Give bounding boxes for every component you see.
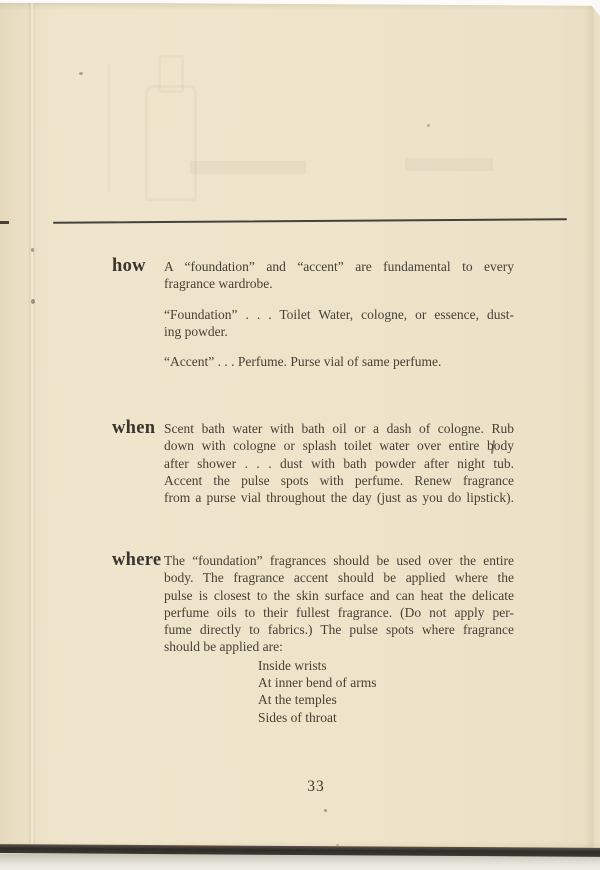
list-item: At inner bend of arms	[258, 674, 376, 691]
pulse-spot-list: Inside wrists At inner bend of arms At t…	[258, 657, 376, 726]
scanned-book-page: how A “foundation” and “accent” are fund…	[0, 0, 600, 870]
page-paper: how A “foundation” and “accent” are fund…	[0, 3, 600, 850]
text-line: perfume oils to their fullest fragrance.…	[164, 604, 514, 621]
section-label-how: how	[112, 256, 164, 277]
scan-corner-wedge	[587, 0, 600, 16]
section-label-when: when	[112, 418, 164, 439]
facing-page-rule-stub	[0, 221, 9, 224]
ghost-bottle-icon	[145, 85, 197, 201]
text-line: fume directly to fabrics.) The pulse spo…	[164, 621, 514, 638]
text-line: from a purse vial throughout the day (ju…	[164, 489, 514, 506]
page-right-edge-shade	[584, 3, 596, 850]
section-label-where: where	[112, 550, 164, 571]
paper-speck	[427, 124, 430, 127]
text-line: body. The fragrance accent should be app…	[164, 569, 514, 586]
paragraph: “Foundation” . . . Toilet Water, cologne…	[164, 306, 514, 341]
section-when: when Scent bath water with bath oil or a…	[112, 418, 514, 506]
scan-bottom-background	[0, 854, 600, 870]
paragraph: The “foundation” fragrances should be us…	[164, 552, 514, 656]
paragraph: “Accent” . . . Perfume. Purse vial of sa…	[164, 353, 514, 370]
paragraph: A “foundation” and “accent” are fundamen…	[164, 258, 514, 293]
text-line: should be applied are:	[164, 638, 514, 655]
text-line: Scent bath water with bath oil or a dash…	[164, 420, 514, 437]
text-line: down with cologne or splash toilet water…	[164, 437, 514, 454]
paper-speck	[324, 809, 327, 812]
text-line: A “foundation” and “accent” are fundamen…	[164, 258, 514, 275]
ghost-text-band	[405, 158, 493, 171]
section-how: how A “foundation” and “accent” are fund…	[112, 256, 514, 370]
page-number: 33	[284, 778, 348, 796]
gutter-speck	[31, 299, 35, 304]
section-where: where The “foundation” fragrances should…	[112, 550, 514, 656]
gutter-speck	[31, 248, 34, 252]
gutter-crease	[28, 3, 36, 850]
text-line: “Foundation” . . . Toilet Water, cologne…	[164, 306, 514, 323]
text-line: after shower . . . dust with bath powder…	[164, 455, 514, 472]
ghost-text-band	[190, 161, 306, 174]
list-item: Inside wrists	[258, 657, 376, 674]
section-where-body: The “foundation” fragrances should be us…	[164, 552, 514, 656]
paragraph: Scent bath water with bath oil or a dash…	[164, 420, 514, 506]
ghost-bottle-neck-icon	[158, 55, 184, 93]
text-line: pulse is closest to the skin surface and…	[164, 587, 514, 604]
paper-speck	[79, 72, 83, 75]
text-line: “Accent” . . . Perfume. Purse vial of sa…	[164, 353, 514, 370]
section-how-body: A “foundation” and “accent” are fundamen…	[164, 258, 514, 370]
text-line: Accent the pulse spots with perfume. Ren…	[164, 472, 514, 489]
text-line: The “foundation” fragrances should be us…	[164, 552, 514, 569]
ghost-showthrough-line	[107, 63, 110, 193]
list-item: Sides of throat	[258, 709, 376, 726]
text-line: ing powder.	[164, 323, 514, 340]
text-line: fragrance wardrobe.	[164, 275, 514, 292]
divider-rule	[53, 218, 567, 224]
list-item: At the temples	[258, 691, 376, 708]
section-when-body: Scent bath water with bath oil or a dash…	[164, 420, 514, 506]
